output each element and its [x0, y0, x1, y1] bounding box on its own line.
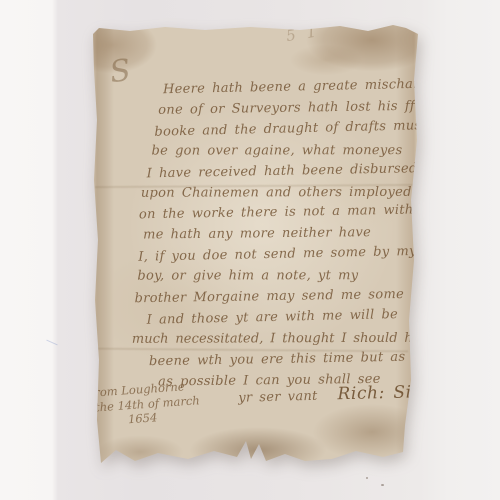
- dust-speck: [366, 477, 368, 479]
- signature: Rich: Sill: [337, 382, 424, 404]
- dust-speck: [381, 484, 384, 486]
- letter-body: Heere hath beene a greate mischance one …: [0, 77, 500, 411]
- top-right-ink-marks: 51: [285, 21, 328, 45]
- letter-line: be gon over againe, what moneyes: [0, 141, 500, 163]
- letter-line: much necessitated, I thought I should ha…: [2, 328, 500, 351]
- place-date-block: from Loughorne the 14th of march 1654: [90, 378, 202, 429]
- letter-line: boy, or give him a note, yt my: [1, 266, 500, 288]
- letter-line: upon Chainemen and others imployed: [1, 182, 500, 205]
- auction-photo: S 51 Heere hath beene a greate mischance…: [0, 0, 500, 500]
- paper-shadow: S 51 Heere hath beene a greate mischance…: [0, 0, 500, 500]
- letter-line: me hath any more neither have: [1, 222, 500, 248]
- valediction: yr ser vant: [238, 388, 318, 405]
- manuscript-paper: S 51 Heere hath beene a greate mischance…: [0, 0, 500, 500]
